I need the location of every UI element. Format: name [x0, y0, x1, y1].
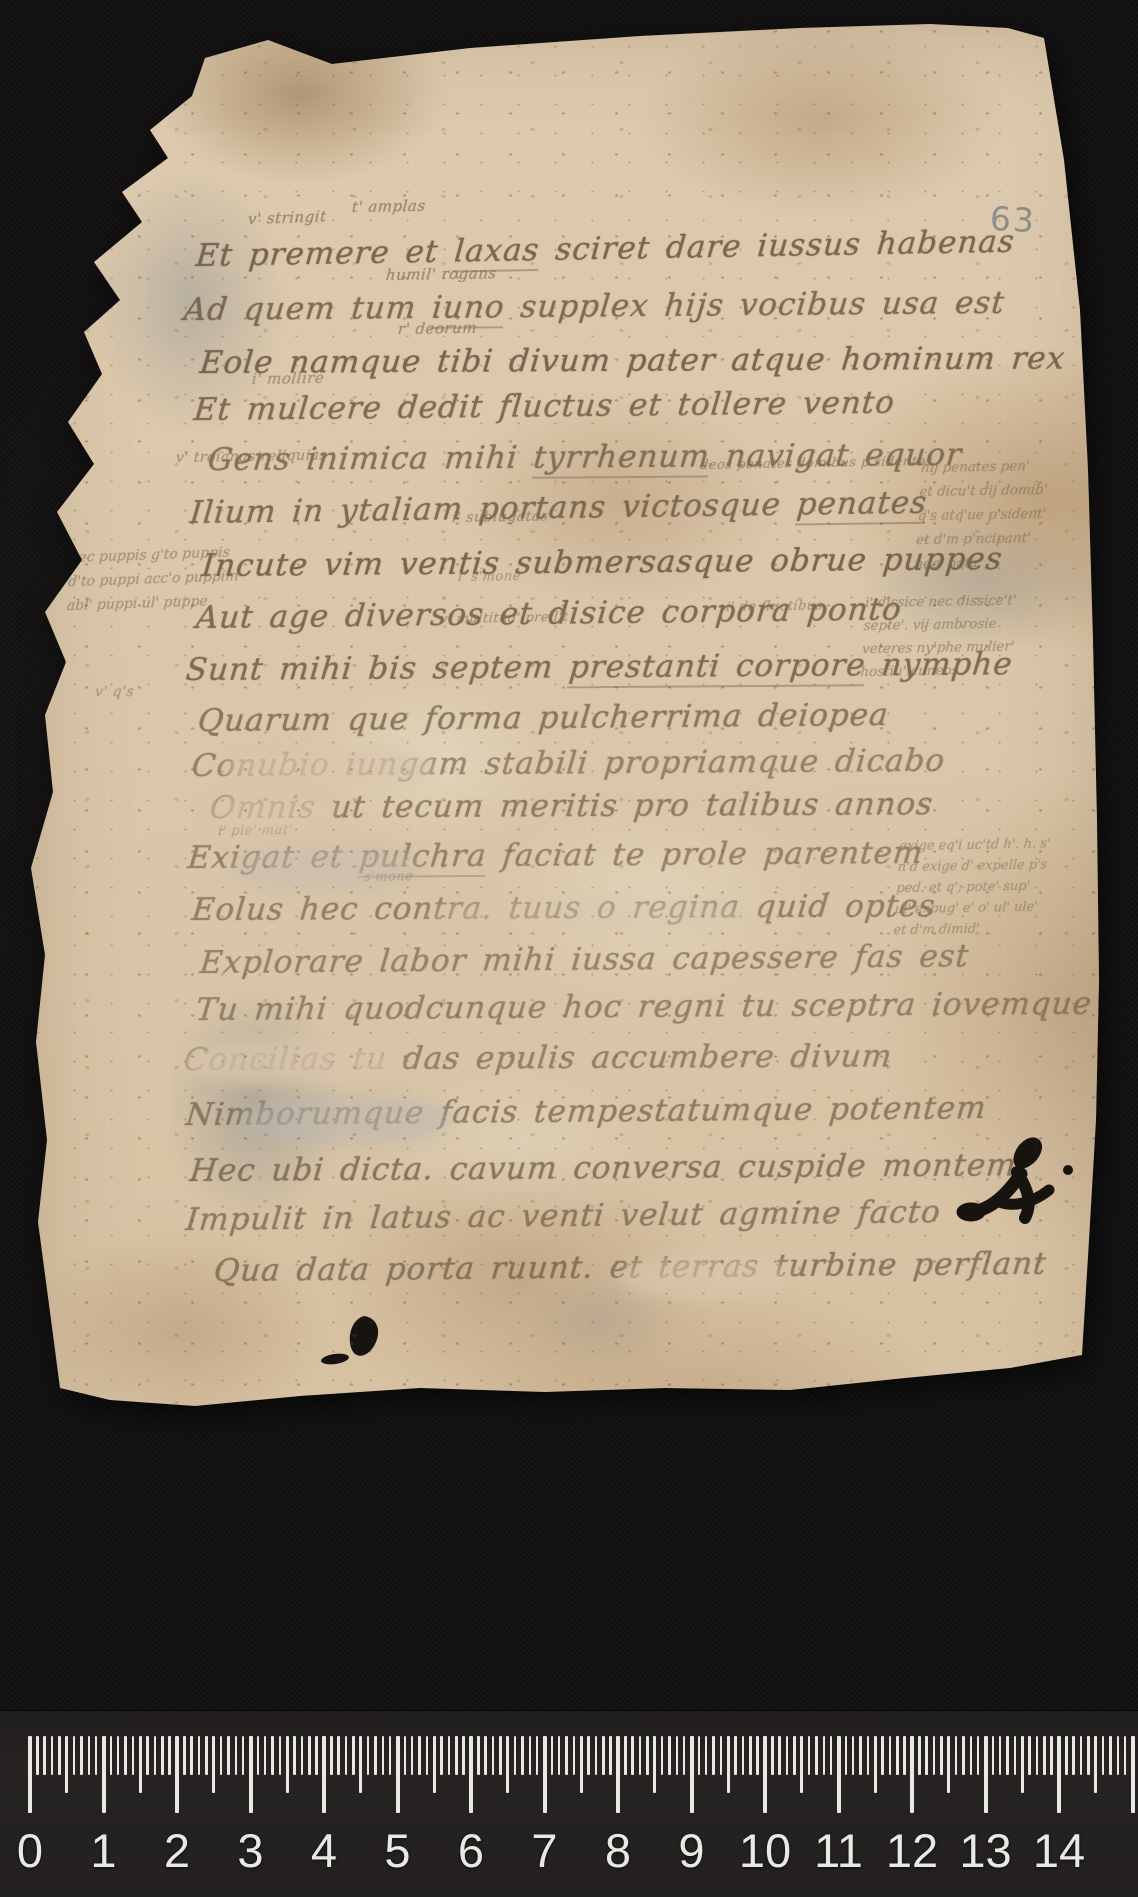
library-ghost-stamp: BIBLIOTHECASANDAVENSIS [34, 1486, 234, 1558]
ruler-tick [337, 1736, 340, 1775]
verse-line: Explorare labor mihi iussa capessere fas… [198, 938, 971, 981]
margin-note-line: veteres ny'phe mulier' [861, 635, 1015, 661]
ruler-tick [514, 1736, 517, 1775]
ruler-tick [800, 1736, 803, 1793]
ruler-tick [242, 1736, 245, 1775]
ruler-tick [271, 1736, 274, 1775]
ruler-tick [227, 1736, 230, 1775]
ruler-tick [903, 1736, 906, 1775]
ruler-tick [455, 1736, 458, 1775]
ruler-tick [80, 1736, 83, 1775]
ruler-tick [918, 1736, 921, 1775]
ruler-tick [249, 1736, 253, 1813]
ruler-tick [756, 1736, 759, 1775]
ruler-tick [1065, 1736, 1068, 1775]
ruler-tick [175, 1736, 179, 1813]
ruler-number: 4 [311, 1823, 337, 1878]
ruler-number: 7 [531, 1823, 557, 1878]
ruler-tick [587, 1736, 590, 1775]
verse-line: Et mulcere dedit fluctus et tollere vent… [192, 385, 896, 428]
ruler-tick [565, 1736, 568, 1775]
verse-line: Concilias tu das epulis accumbere divum [182, 1038, 894, 1078]
right-penates-note: hij penates pen'et dicu't dij domib'q's … [914, 454, 1051, 576]
ruler-tick [536, 1736, 539, 1775]
ruler-tick [529, 1736, 532, 1775]
ruler-tick [690, 1736, 694, 1813]
ruler-tick [43, 1736, 46, 1775]
ink-flourish-mark [955, 1132, 1080, 1230]
ruler-tick [896, 1736, 899, 1775]
ruler-number: 5 [384, 1823, 410, 1878]
verse-line: Exigat et pulchra faciat te prole parent… [186, 835, 925, 876]
right-exigat-note: exige eq'i uc'td h'. h. s'n'd exige d' e… [893, 833, 1052, 941]
ruler-tick [448, 1736, 451, 1775]
ruler-tick [506, 1736, 509, 1793]
ruler-tick [947, 1736, 950, 1793]
ruler-tick [558, 1736, 561, 1775]
ruler-tick [426, 1736, 429, 1775]
ruler-tick [521, 1736, 524, 1775]
ruler-tick [778, 1736, 781, 1775]
margin-note-line: septe'. vij ambrosie [863, 612, 1017, 638]
ruler-tick [286, 1736, 289, 1793]
ruler-tick [51, 1736, 54, 1775]
ruler-tick [712, 1736, 715, 1775]
verse-line: Ilium in ytaliam portans victosque penat… [188, 485, 928, 531]
ruler-tick [469, 1736, 473, 1813]
ruler-tick [404, 1736, 407, 1775]
ruler-tick [58, 1736, 61, 1775]
ruler-tick [646, 1736, 649, 1775]
ruler-tick [624, 1736, 627, 1775]
ruler-tick [1131, 1736, 1135, 1813]
ruler-tick [359, 1736, 362, 1793]
verse-line: Impulit in latus ac venti velut agmine f… [184, 1194, 942, 1238]
ruler-tick [742, 1736, 745, 1775]
ruler-tick [28, 1736, 32, 1813]
ruler-tick [440, 1736, 443, 1775]
ruler-tick [65, 1736, 68, 1793]
ruler-tick [970, 1736, 973, 1775]
ruler-tick [1006, 1736, 1009, 1775]
ruler-tick [808, 1736, 811, 1775]
ruler-tick [720, 1736, 723, 1775]
ruler-number: 3 [237, 1823, 263, 1878]
verse-line: Tu mihi quodcunque hoc regni tu sceptra … [194, 986, 1094, 1028]
ruler-tick [132, 1736, 135, 1775]
verse-line: Omnis ut tecum meritis pro talibus annos [208, 786, 935, 826]
ruler-tick [110, 1736, 113, 1775]
ruler-tick [727, 1736, 730, 1793]
ruler-number: 13 [959, 1823, 1011, 1878]
ruler-tick [999, 1736, 1002, 1775]
ruler-number: 0 [17, 1823, 43, 1878]
ruler-tick [639, 1736, 642, 1775]
margin-note-line: hostiu' cuneos [860, 658, 1014, 684]
ruler-tick [668, 1736, 671, 1775]
ruler-tick [786, 1736, 789, 1775]
verse-line: Quarum que forma pulcherrima deiopea [196, 697, 890, 739]
ruler-tick [573, 1736, 576, 1775]
verse-line: Et premere et laxas sciret dare iussus h… [194, 224, 1016, 274]
verse-line: Eolus hec contra. tuus o regina quid opt… [190, 888, 937, 928]
ruler-tick [616, 1736, 620, 1813]
ruler-tick [859, 1736, 862, 1775]
ruler-tick [631, 1736, 634, 1775]
ruler-tick [705, 1736, 708, 1775]
ghost-stamp-line: SANDAVENSIS [35, 1517, 233, 1558]
ruler-tick [940, 1736, 943, 1775]
ruler-tick [279, 1736, 282, 1775]
ruler-tick [308, 1736, 311, 1775]
ruler-tick [352, 1736, 355, 1775]
ruler-tick [36, 1736, 39, 1775]
left-puppis-note: hec puppis g'to puppisd'to puppi acc'o p… [66, 540, 240, 618]
ruler-tick [734, 1736, 737, 1775]
ruler-tick [962, 1736, 965, 1775]
ruler-tick [154, 1736, 157, 1775]
ruler-tick [235, 1736, 238, 1775]
interlinear-gloss: i' subiugatas [451, 508, 549, 526]
interlinear-gloss: t' amplas [351, 197, 426, 216]
ruler-number: 12 [886, 1823, 938, 1878]
ruler-tick [992, 1736, 995, 1775]
margin-note-line: q's atq'ue p'sident' [917, 502, 1047, 528]
ruler-number: 2 [164, 1823, 190, 1878]
ruler-tick [889, 1736, 892, 1775]
ruler-tick [330, 1736, 333, 1775]
ruler-tick [367, 1736, 370, 1775]
margin-note-line: ped. et q'; pote' sup' [896, 875, 1049, 899]
interlinear-gloss: v' q's [94, 684, 135, 700]
interlinear-gloss: i' s'mone [457, 569, 521, 585]
parchment-page: Et premere et laxas sciret dare iussus h… [0, 0, 1138, 1897]
ruler-tick [95, 1736, 98, 1775]
ruler-tick [389, 1736, 392, 1775]
ruler-number: 9 [678, 1823, 704, 1878]
ruler-tick [374, 1736, 377, 1775]
margin-note-line: i' dissice nec dissice't' [864, 589, 1018, 615]
ruler-tick [117, 1736, 120, 1775]
ruler-tick [139, 1736, 142, 1793]
parchment-page-wrap: Et premere et laxas sciret dare iussus h… [0, 0, 1138, 1897]
ruler-tick [977, 1736, 980, 1775]
ruler-tick [190, 1736, 193, 1775]
ruler-tick [1050, 1736, 1053, 1775]
ruler-tick [264, 1736, 267, 1775]
verse-line: Nimborumque facis tempestatumque potente… [184, 1090, 988, 1133]
ruler-tick [595, 1736, 598, 1775]
ruler-tick [212, 1736, 215, 1793]
ruler-tick [1117, 1736, 1120, 1775]
right-nymphe-note: i' dissice nec dissice't'septe'. vij amb… [860, 589, 1019, 684]
ruler-tick [1014, 1736, 1017, 1775]
ruler-tick [102, 1736, 106, 1813]
ruler-tick [411, 1736, 414, 1775]
ruler-tick [499, 1736, 502, 1775]
ruler-tick [1080, 1736, 1083, 1775]
ruler-tick [1124, 1736, 1127, 1775]
ruler-tick [322, 1736, 326, 1813]
ruler-tick [698, 1736, 701, 1775]
interlinear-gloss: i' ple' mat' [217, 823, 293, 839]
ruler-tick [382, 1736, 385, 1775]
ruler-tick [220, 1736, 223, 1775]
ruler-tick [1043, 1736, 1046, 1775]
ruler-tick [543, 1736, 547, 1813]
ruler-tick [293, 1736, 296, 1775]
ruler-tick [830, 1736, 833, 1775]
ruler-tick [146, 1736, 149, 1775]
verse-line: Qua data porta ruunt. et terras turbine … [212, 1246, 1048, 1289]
ruler-tick [984, 1736, 988, 1813]
ruler-tick [492, 1736, 495, 1775]
ink-blot-mark [318, 1312, 392, 1370]
ruler-tick [653, 1736, 656, 1793]
interlinear-gloss: i' mollire [251, 369, 325, 388]
ruler-number: 8 [605, 1823, 631, 1878]
ruler-tick [749, 1736, 752, 1775]
margin-note-line: ul' expug' e' o' ul' ule' [894, 896, 1047, 920]
interlinear-gloss: v' troianas reliquias [175, 447, 328, 466]
ruler-tick [609, 1736, 612, 1775]
ruler-tick [1036, 1736, 1039, 1775]
ruler-tick [205, 1736, 208, 1775]
ink-edge-mark [1056, 1288, 1138, 1330]
interlinear-gloss: r' deorum [397, 319, 478, 338]
ruler-tick [823, 1736, 826, 1775]
margin-note-line: exige eq'i uc'td h'. h. s' [899, 833, 1052, 857]
interlinear-gloss: v' stringit [247, 207, 327, 228]
margin-note-line: et dicu't dij domib' [919, 478, 1049, 504]
ruler-tick [1109, 1736, 1112, 1775]
margin-note-line: et d'm p'ncipant' [915, 526, 1045, 552]
ruler-tick [161, 1736, 164, 1775]
ruler-tick [1057, 1736, 1061, 1813]
verse-line: Incute vim ventis submersasque obrue pup… [200, 541, 1004, 584]
interlinear-gloss: s'mone [363, 869, 414, 885]
ruler-tick [1028, 1736, 1031, 1775]
ruler-tick [1072, 1736, 1075, 1775]
interlinear-gloss: i' de fluctibus [725, 598, 823, 615]
ruler-number: 14 [1033, 1823, 1085, 1878]
verse-line: Conubio iungam stabili propriamque dicab… [190, 743, 947, 784]
ruler-tick [1087, 1736, 1090, 1775]
margin-note-line: neq' nata [914, 550, 1044, 576]
ruler-tick [815, 1736, 818, 1775]
margin-note-line: et d'm dimid' [893, 917, 1046, 941]
ruler-tick [73, 1736, 76, 1775]
ruler-tick [955, 1736, 958, 1775]
ruler-tick [1021, 1736, 1024, 1793]
ruler-tick [1094, 1736, 1097, 1793]
ruler-tick [793, 1736, 796, 1775]
ruler-tick [124, 1736, 127, 1775]
ruler-tick [315, 1736, 318, 1775]
ruler-tick [852, 1736, 855, 1775]
pencil-folio-number: 63 [989, 199, 1037, 240]
ruler-number: 11 [814, 1823, 863, 1878]
ruler-tick [837, 1736, 841, 1813]
ruler-tick [183, 1736, 186, 1775]
ruler-tick [433, 1736, 436, 1793]
ruler-tick [771, 1736, 774, 1775]
ruler-tick [168, 1736, 171, 1775]
manuscript-photograph: Et premere et laxas sciret dare iussus h… [0, 0, 1138, 1897]
verse-line: Hec ubi dicta. cavum conversa cuspide mo… [188, 1147, 1018, 1189]
ruler-tick [484, 1736, 487, 1775]
ruler-number: 1 [90, 1823, 116, 1878]
ruler-tick [198, 1736, 201, 1775]
ruler-tick [683, 1736, 686, 1775]
ruler-tick [462, 1736, 465, 1775]
ruler-tick [925, 1736, 928, 1775]
ruler-tick [867, 1736, 870, 1775]
margin-note-line: hij penates pen' [920, 454, 1050, 480]
verse-line: Ad quem tum iuno supplex hijs vocibus us… [182, 285, 1006, 328]
verse-line: Eole namque tibi divum pater atque homin… [198, 340, 1067, 381]
ruler-tick [602, 1736, 605, 1775]
ruler-tick [874, 1736, 877, 1793]
ruler: 01234567891011121314 [0, 1710, 1138, 1897]
ruler-tick [1102, 1736, 1105, 1775]
margin-note-line: n'd exige d' expelle p's [897, 854, 1050, 878]
ruler-tick [845, 1736, 848, 1775]
ruler-number: 6 [458, 1823, 484, 1878]
ruler-tick [676, 1736, 679, 1775]
ruler-tick [257, 1736, 260, 1775]
ruler-tick [933, 1736, 936, 1775]
ghost-stamp-line: BIBLIOTHECA [34, 1486, 232, 1527]
ruler-tick [881, 1736, 884, 1775]
ruler-tick [580, 1736, 583, 1793]
ruler-tick [910, 1736, 914, 1813]
ruler-tick [763, 1736, 767, 1813]
ruler-tick [551, 1736, 554, 1775]
ruler-tick [396, 1736, 400, 1813]
ruler-tick [477, 1736, 480, 1775]
interlinear-gloss: v' multitud' prell't [439, 610, 569, 627]
ruler-tick [345, 1736, 348, 1775]
ruler-tick [301, 1736, 304, 1775]
ruler-tick [661, 1736, 664, 1775]
interlinear-gloss: humil' rogans [385, 264, 497, 284]
ruler-tick [418, 1736, 421, 1775]
ruler-tick [88, 1736, 91, 1775]
ruler-number: 10 [739, 1823, 791, 1878]
